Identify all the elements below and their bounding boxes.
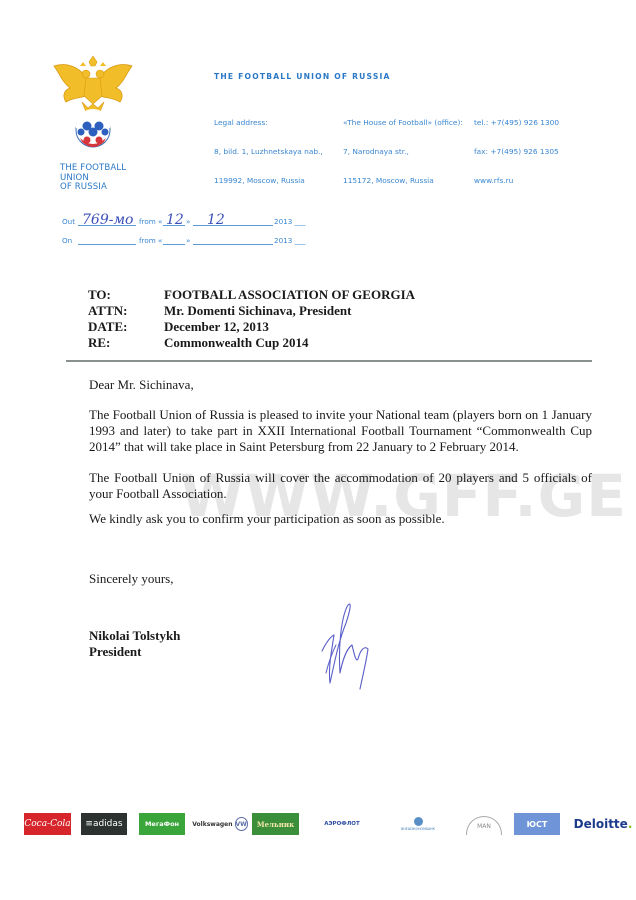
vw-circle-icon: VW	[235, 817, 248, 831]
header-divider	[66, 360, 592, 362]
out-number-handwritten: 769-мо	[82, 212, 134, 228]
eagle-emblem-icon	[52, 52, 134, 152]
org-name-under-logo: THE FOOTBALL UNION OF RUSSIA	[60, 164, 126, 193]
sponsor-logos: Coca-Cola ≡adidas МегаФон Volkswagen VW …	[24, 813, 614, 839]
sponsor-yust-logo: ЮСТ	[514, 813, 560, 835]
signer-title: President	[89, 644, 180, 660]
sponsor-coca-cola-logo: Coca-Cola	[24, 813, 71, 835]
sponsor-man-logo: MAN	[466, 816, 502, 835]
rfs-emblem-logo	[52, 52, 134, 152]
office-address: «The House of Football» (office): 7, Nar…	[343, 99, 463, 195]
office-address-line: 115172, Moscow, Russia	[343, 176, 463, 186]
sponsor-megafon-logo: МегаФон	[139, 813, 185, 835]
memo-value: FOOTBALL ASSOCIATION OF GEORGIA	[164, 287, 415, 303]
paragraph-confirmation: We kindly ask you to confirm your partic…	[89, 511, 592, 527]
month-line	[193, 244, 273, 245]
legal-address-line: 8, bild. 1, Luzhnetskaya nab.,	[214, 147, 323, 157]
month-line	[193, 225, 273, 226]
memo-value: Commonwealth Cup 2014	[164, 335, 308, 351]
sponsor-aeroflot-logo: АЭРОФЛОТ	[310, 813, 374, 835]
year-label: 2013 ___	[274, 236, 305, 245]
from-label: from «	[139, 217, 162, 226]
veb-emblem-icon	[414, 817, 423, 826]
veb-wordmark: ВНЕШЭКОНОМБАНК	[401, 827, 435, 831]
greeting: Dear Mr. Sichinava,	[89, 377, 592, 393]
on-number-line	[78, 244, 136, 245]
legal-address-line: 119992, Moscow, Russia	[214, 176, 323, 186]
memo-value: Mr. Domenti Sichinava, President	[164, 303, 351, 319]
memo-row-to: TO: FOOTBALL ASSOCIATION OF GEORGIA	[88, 287, 415, 303]
fax-number: fax: +7(495) 926 1305	[474, 147, 559, 157]
outgoing-reference: Out 769-мо from « 12 » 12 2013 ___	[62, 212, 322, 228]
memo-value: December 12, 2013	[164, 319, 269, 335]
signature-icon	[316, 593, 376, 693]
phone-number: tel.: +7(495) 926 1300	[474, 118, 559, 128]
sponsor-deloitte-logo: Deloitte.	[574, 813, 632, 835]
deloitte-wordmark: Deloitte	[574, 817, 628, 831]
paragraph-accommodation: The Football Union of Russia will cover …	[89, 470, 592, 502]
office-address-line: 7, Narodnaya str.,	[343, 147, 463, 157]
sponsor-veb-logo: ВНЕШЭКОНОМБАНК	[399, 813, 437, 835]
memo-label: RE:	[88, 335, 164, 351]
close-quote: »	[186, 236, 190, 245]
out-label: Out	[62, 217, 75, 226]
signer-name: Nikolai Tolstykh	[89, 628, 180, 644]
memo-row-date: DATE: December 12, 2013	[88, 319, 415, 335]
memo-label: DATE:	[88, 319, 164, 335]
paragraph-invitation: The Football Union of Russia is pleased …	[89, 407, 592, 455]
year-label: 2013 ___	[274, 217, 305, 226]
volkswagen-wordmark: Volkswagen	[192, 821, 232, 828]
org-name-line: OF RUSSIA	[60, 183, 126, 193]
memo-header: TO: FOOTBALL ASSOCIATION OF GEORGIA ATTN…	[88, 287, 415, 351]
legal-address: Legal address: 8, bild. 1, Luzhnetskaya …	[214, 99, 323, 195]
memo-row-attn: ATTN: Mr. Domenti Sichinava, President	[88, 303, 415, 319]
contacts: tel.: +7(495) 926 1300 fax: +7(495) 926 …	[474, 99, 559, 195]
legal-address-label: Legal address:	[214, 118, 323, 128]
memo-label: ATTN:	[88, 303, 164, 319]
website-link[interactable]: www.rfs.ru	[474, 176, 559, 186]
out-day-handwritten: 12	[166, 212, 184, 228]
memo-row-re: RE: Commonwealth Cup 2014	[88, 335, 415, 351]
on-label: On	[62, 236, 72, 245]
memo-label: TO:	[88, 287, 164, 303]
sponsor-volkswagen-logo: Volkswagen VW	[196, 813, 244, 835]
letterhead-title: THE FOOTBALL UNION OF RUSSIA	[214, 72, 391, 81]
deloitte-dot: .	[628, 817, 633, 831]
incoming-reference: On from « » 2013 ___	[62, 231, 322, 247]
signer-block: Nikolai Tolstykh President	[89, 628, 180, 660]
day-line	[163, 244, 185, 245]
sponsor-adidas-logo: ≡adidas	[81, 813, 127, 835]
office-address-label: «The House of Football» (office):	[343, 118, 463, 128]
close-quote: »	[186, 217, 190, 226]
from-label: from «	[139, 236, 162, 245]
closing: Sincerely yours,	[89, 571, 592, 587]
out-month-handwritten: 12	[207, 212, 225, 228]
sponsor-melnik-logo: Мельник	[252, 813, 299, 835]
